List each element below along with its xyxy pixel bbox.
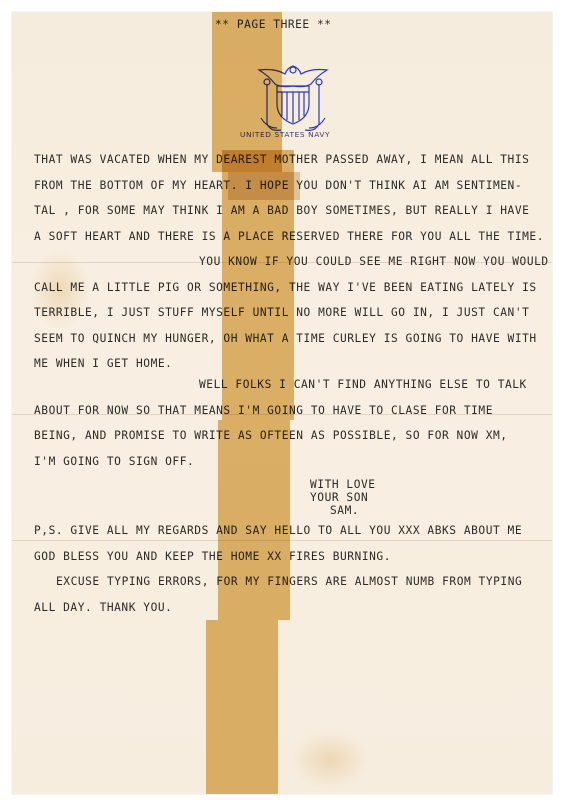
lines-line: ME WHEN I GET HOME. (34, 357, 172, 370)
paper-stain (290, 730, 370, 790)
signature-line: WITH LOVE (310, 478, 376, 492)
tape-strip (212, 12, 282, 172)
tape-strip (206, 620, 278, 794)
signature-line: SAM. (330, 504, 359, 518)
tape-strip (218, 420, 290, 620)
signature-line: YOUR SON (310, 491, 368, 505)
postscript-line: ALL DAY. THANK YOU. (34, 601, 172, 614)
postscript-line: GOD BLESS YOU AND KEEP THE HOME XX FIRES… (34, 550, 391, 563)
tape-overlap (228, 172, 300, 200)
lines-line: I'M GOING TO SIGN OFF. (34, 455, 194, 468)
